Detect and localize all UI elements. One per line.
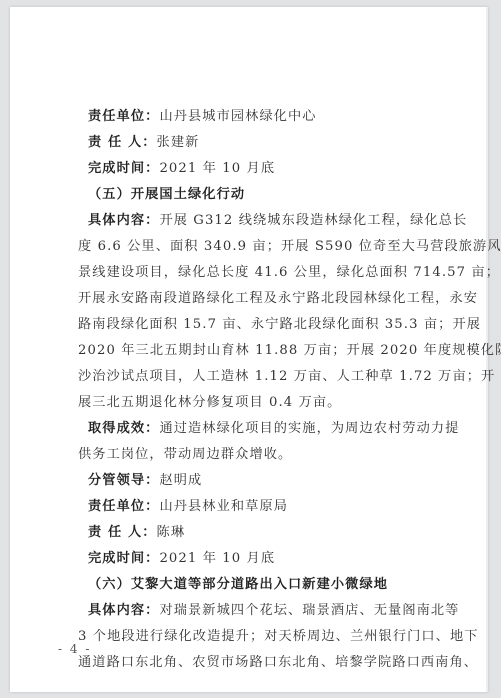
responsible-person-line: 责 任 人：陈琳 [10, 521, 501, 540]
text: 开展 G312 线绕城东段造林绿化工程，绿化总长 [159, 213, 467, 228]
value: 2021 年 10 月底 [159, 161, 275, 176]
leader-line: 分管领导：赵明成 [10, 469, 501, 488]
text: 通过造林绿化项目的实施，为周边农村劳动力提 [159, 421, 459, 436]
completion-time-line: 完成时间：2021 年 10 月底 [10, 547, 501, 566]
section-heading: （五）开展国土绿化行动 [10, 183, 501, 202]
content-line: 度 6.6 公里、面积 340.9 亩；开展 S590 位奇至大马营段旅游风 [10, 235, 501, 254]
content-line: 2020 年三北五期封山育林 11.88 万亩；开展 2020 年度规模化防 [10, 339, 501, 358]
label: 责 任 人： [88, 135, 157, 150]
responsible-unit-line: 责任单位：山丹县城市园林绿化中心 [10, 105, 501, 124]
result-line: 取得成效：通过造林绿化项目的实施，为周边农村劳动力提 [10, 417, 501, 436]
label: 完成时间： [88, 161, 159, 176]
value: 陈琳 [157, 525, 186, 540]
content-line: 具体内容：开展 G312 线绕城东段造林绿化工程，绿化总长 [10, 209, 501, 228]
label: 责任单位： [88, 499, 159, 514]
content-line: 开展永安路南段道路绿化工程及永宁路北段园林绿化工程，永安 [10, 287, 501, 306]
responsible-person-line: 责 任 人：张建新 [10, 131, 501, 150]
label: 具体内容： [88, 603, 159, 618]
completion-time-line: 完成时间：2021 年 10 月底 [10, 157, 501, 176]
value: 山丹县林业和草原局 [159, 499, 288, 514]
label: 责任单位： [88, 109, 159, 124]
label: 责 任 人： [88, 525, 157, 540]
result-line: 供务工岗位，带动周边群众增收。 [10, 443, 501, 462]
value: 山丹县城市园林绿化中心 [159, 109, 316, 124]
content-line: 展三北五期退化林分修复项目 0.4 万亩。 [10, 391, 501, 410]
content-line: 具体内容：对瑞景新城四个花坛、瑞景酒店、无量阁南北等 [10, 599, 501, 618]
value: 张建新 [157, 135, 200, 150]
label: 取得成效： [88, 421, 159, 436]
content-line: 景线建设项目，绿化总长度 41.6 公里，绿化总面积 714.57 亩； [10, 261, 501, 280]
label: 分管领导： [88, 473, 159, 488]
content-line: 沙治沙试点项目，人工造林 1.12 万亩、人工种草 1.72 万亩；开 [10, 365, 501, 384]
label: 具体内容： [88, 213, 159, 228]
label: 完成时间： [88, 551, 159, 566]
responsible-unit-line: 责任单位：山丹县林业和草原局 [10, 495, 501, 514]
document-page: 责任单位：山丹县城市园林绿化中心 责 任 人：张建新 完成时间：2021 年 1… [10, 7, 488, 692]
value: 赵明成 [159, 473, 202, 488]
text: 对瑞景新城四个花坛、瑞景酒店、无量阁南北等 [159, 603, 459, 618]
content-line: 路南段绿化面积 15.7 亩、永宁路北段绿化面积 35.3 亩；开展 [10, 313, 501, 332]
section-heading: （六）艾黎大道等部分道路出入口新建小微绿地 [10, 573, 501, 592]
value: 2021 年 10 月底 [159, 551, 275, 566]
page-number: - 4 - [58, 642, 91, 656]
